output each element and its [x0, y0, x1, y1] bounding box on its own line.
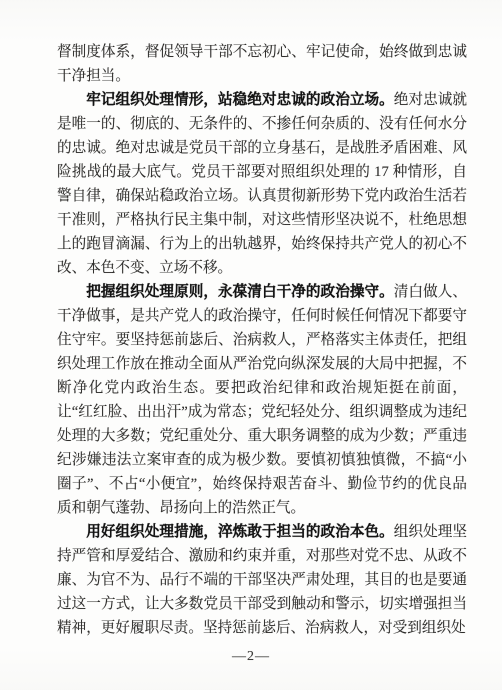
paragraph-lead: 用好组织处理措施，淬炼敢于担当的政治本色。	[86, 524, 394, 540]
paragraph-text: 督制度体系，督促领导干部不忘初心、牢记使命，始终做到忠诚干净担当。	[57, 44, 467, 84]
paragraph: 用好组织处理措施，淬炼敢于担当的政治本色。组织处理坚持严管和厚爱结合、激励和约束…	[57, 520, 467, 640]
document-page: 督制度体系，督促领导干部不忘初心、牢记使命，始终做到忠诚干净担当。 牢记组织处理…	[0, 0, 502, 690]
paragraph-lead: 牢记组织处理情形，站稳绝对忠诚的政治立场。	[86, 92, 394, 108]
paragraph: 督制度体系，督促领导干部不忘初心、牢记使命，始终做到忠诚干净担当。	[57, 40, 467, 88]
paragraph-text: 绝对忠诚就是唯一的、彻底的、无条件的、不掺任何杂质的、没有任何水分的忠诚。绝对忠…	[57, 92, 467, 276]
paragraph-lead: 把握组织处理原则，永葆清白干净的政治操守。	[86, 284, 394, 300]
page-number: —2—	[0, 649, 502, 665]
paragraph-text: 组织处理坚持严管和厚爱结合、激励和约束并重，对那些对党不忠、从政不廉、为官不为、…	[57, 524, 467, 636]
paragraph-text: 清白做人、干净做事，是共产党人的政治操守，任何时候任何情况下都要守住守牢。要坚持…	[57, 284, 467, 516]
paragraph: 牢记组织处理情形，站稳绝对忠诚的政治立场。绝对忠诚就是唯一的、彻底的、无条件的、…	[57, 88, 467, 280]
paragraph: 把握组织处理原则，永葆清白干净的政治操守。清白做人、干净做事，是共产党人的政治操…	[57, 280, 467, 520]
document-body: 督制度体系，督促领导干部不忘初心、牢记使命，始终做到忠诚干净担当。 牢记组织处理…	[57, 40, 467, 640]
